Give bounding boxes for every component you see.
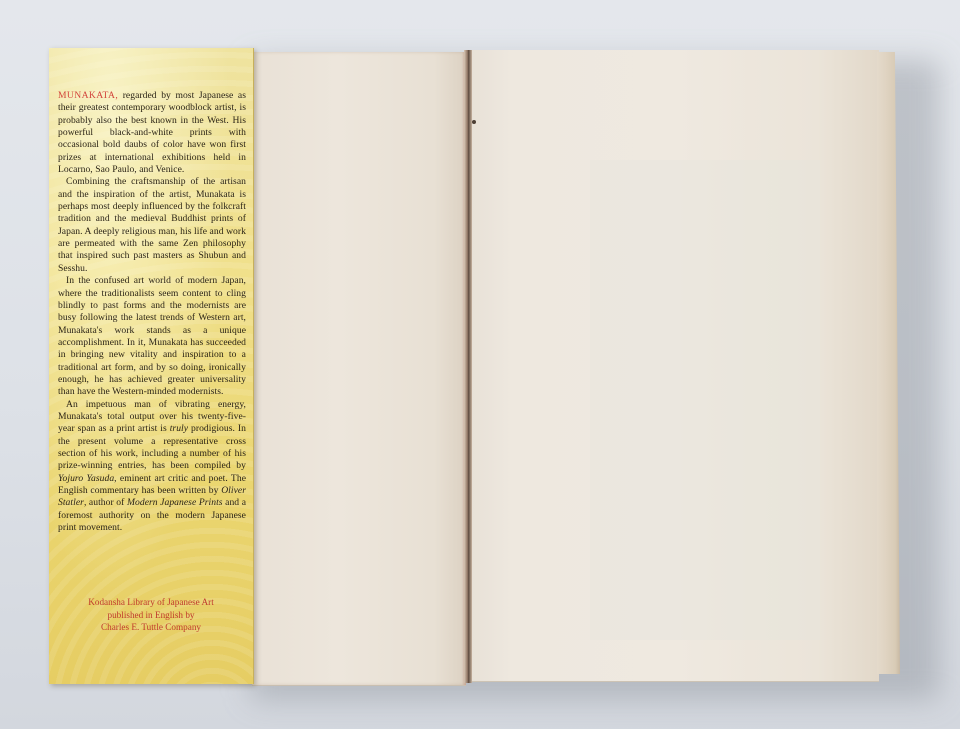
left-blank-page bbox=[252, 52, 466, 686]
imprint-line-1: Kodansha Library of Japanese Art bbox=[49, 596, 253, 609]
flap-blurb: MUNAKATA, regarded by most Japanese as t… bbox=[58, 90, 246, 534]
compiler-name: Yojuro Yasuda bbox=[58, 473, 114, 484]
referenced-book-title: Modern Japanese Prints bbox=[127, 497, 223, 508]
artist-name: MUNAKATA, bbox=[58, 90, 118, 101]
page-show-through bbox=[590, 160, 820, 640]
dust-jacket-flap: MUNAKATA, regarded by most Japanese as t… bbox=[49, 48, 254, 684]
publisher-imprint: Kodansha Library of Japanese Art publish… bbox=[49, 596, 253, 634]
book-gutter bbox=[464, 50, 472, 683]
imprint-line-2: published in English by bbox=[49, 609, 253, 622]
blurb-paragraph-1: MUNAKATA, regarded by most Japanese as t… bbox=[58, 90, 246, 176]
blurb-paragraph-4: An impetuous man of vibrating energy, Mu… bbox=[58, 399, 246, 535]
gutter-mark bbox=[472, 120, 476, 124]
photo-scene: MUNAKATA, regarded by most Japanese as t… bbox=[0, 0, 960, 729]
blurb-paragraph-2: Combining the craftsmanship of the artis… bbox=[58, 176, 246, 275]
blurb-paragraph-3: In the confused art world of modern Japa… bbox=[58, 275, 246, 398]
imprint-line-3: Charles E. Tuttle Company bbox=[49, 621, 253, 634]
